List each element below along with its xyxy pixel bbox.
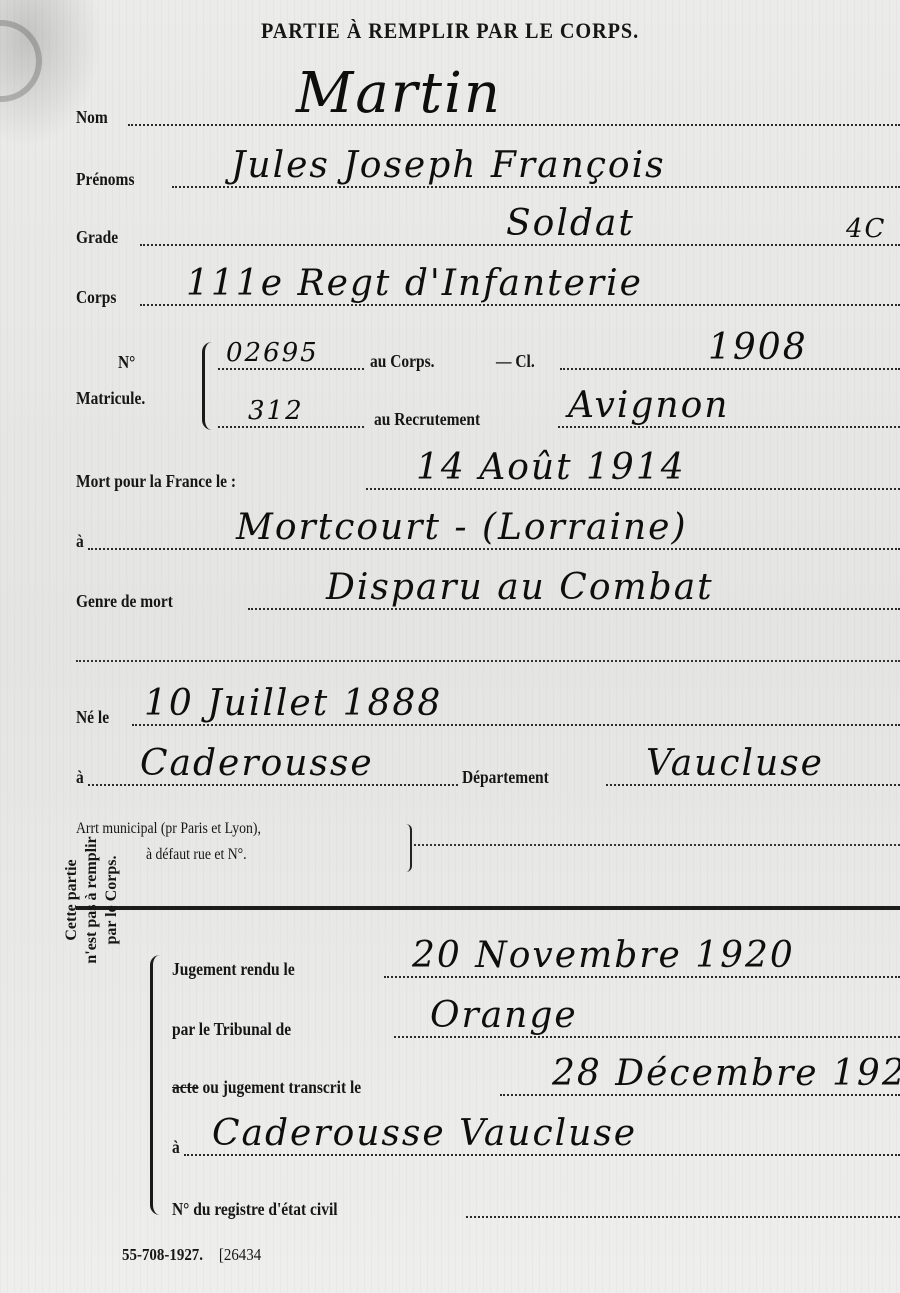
genre-mort-label: Genre de mort bbox=[76, 591, 173, 612]
mort-a-value: Mortcourt - (Lorraine) bbox=[236, 507, 688, 548]
transcrit-a-line bbox=[184, 1154, 900, 1156]
jugement-rendu-line bbox=[384, 976, 900, 978]
field-matricule-corps: 02695 au Corps. — Cl. 1908 bbox=[218, 342, 900, 372]
matricule-label-no: N° bbox=[118, 352, 135, 373]
jugement-rendu-label: Jugement rendu le bbox=[172, 959, 295, 980]
transcrit-a-label: à bbox=[172, 1137, 180, 1158]
transcrit-a-value: Caderousse Vaucluse bbox=[212, 1113, 637, 1154]
tribunal-value: Orange bbox=[430, 995, 578, 1036]
field-matricule-recrutement: 312 au Recrutement Avignon bbox=[218, 400, 900, 430]
grade-label: Grade bbox=[76, 227, 118, 248]
corps-line bbox=[140, 304, 900, 306]
blank-line bbox=[76, 660, 900, 662]
tribunal-line bbox=[394, 1036, 900, 1038]
tribunal-label: par le Tribunal de bbox=[172, 1019, 291, 1040]
jugement-brace bbox=[150, 955, 163, 1215]
field-prenoms: Prénoms Jules Joseph François bbox=[76, 160, 900, 190]
ne-le-label: Né le bbox=[76, 707, 109, 728]
nom-line bbox=[128, 124, 900, 126]
ne-a-value: Caderousse bbox=[140, 743, 374, 784]
field-genre-mort: Genre de mort Disparu au Combat bbox=[76, 582, 900, 612]
classe-label: — Cl. bbox=[496, 351, 535, 372]
departement-value: Vaucluse bbox=[646, 743, 824, 784]
classe-value: 1908 bbox=[708, 327, 808, 368]
field-corps: Corps 111e Regt d'Infanterie bbox=[76, 278, 900, 308]
recrutement-place-line bbox=[558, 426, 900, 428]
arrondissement-brace bbox=[404, 824, 412, 872]
departement-label: Département bbox=[462, 767, 549, 788]
field-jugement-rendu: Jugement rendu le 20 Novembre 1920 bbox=[172, 950, 900, 980]
field-mort-le: Mort pour la France le : 14 Août 1914 bbox=[76, 462, 900, 492]
prenoms-line bbox=[172, 186, 900, 188]
acte-struck: acte bbox=[172, 1077, 199, 1097]
au-recrutement-label: au Recrutement bbox=[374, 409, 480, 430]
side-note-line-1: Cette partie bbox=[62, 800, 82, 1000]
matricule-corps-value: 02695 bbox=[226, 338, 319, 368]
mort-le-line bbox=[366, 488, 900, 490]
nom-value: Martin bbox=[296, 61, 502, 126]
field-registre: N° du registre d'état civil bbox=[172, 1190, 900, 1220]
matricule-corps-line bbox=[218, 368, 364, 370]
field-nom: Nom Martin bbox=[76, 98, 900, 128]
transcrit-value: 28 Décembre 1920 bbox=[552, 1053, 900, 1094]
matricule-label: Matricule. bbox=[76, 388, 145, 409]
print-reference: 55-708-1927.[26434 bbox=[122, 1245, 261, 1265]
jugement-rendu-value: 20 Novembre 1920 bbox=[412, 935, 795, 976]
print-number: [26434 bbox=[219, 1245, 261, 1264]
ne-le-line bbox=[132, 724, 900, 726]
mort-a-line bbox=[88, 548, 900, 550]
matricule-brace bbox=[202, 342, 213, 430]
side-note: Cette partie n'est pas à remplir par le … bbox=[62, 800, 122, 1000]
arrondissement-line bbox=[414, 844, 900, 846]
prenoms-value: Jules Joseph François bbox=[231, 145, 666, 186]
departement-line bbox=[606, 784, 900, 786]
mort-le-value: 14 Août 1914 bbox=[416, 447, 686, 488]
grade-line bbox=[140, 244, 900, 246]
ne-a-line bbox=[88, 784, 458, 786]
grade-extra: 4C bbox=[846, 214, 886, 244]
transcrit-line bbox=[500, 1094, 900, 1096]
ne-le-value: 10 Juillet 1888 bbox=[144, 683, 442, 724]
field-mort-a: à Mortcourt - (Lorraine) bbox=[76, 522, 900, 552]
matricule-recrutement-line bbox=[218, 426, 364, 428]
form-title: PARTIE À REMPLIR PAR LE CORPS. bbox=[36, 18, 864, 44]
side-note-line-2: n'est pas à remplir bbox=[82, 800, 102, 1000]
registre-label: N° du registre d'état civil bbox=[172, 1199, 338, 1220]
grade-value: Soldat bbox=[506, 203, 635, 244]
nom-label: Nom bbox=[76, 107, 108, 128]
classe-line bbox=[560, 368, 900, 370]
corps-value: 111e Regt d'Infanterie bbox=[186, 263, 643, 304]
section-divider bbox=[76, 906, 900, 910]
corps-label: Corps bbox=[76, 287, 116, 308]
transcrit-label-text: ou jugement transcrit le bbox=[203, 1077, 362, 1097]
ne-a-label: à bbox=[76, 767, 84, 788]
field-tribunal: par le Tribunal de Orange bbox=[172, 1010, 900, 1040]
death-record-card: PARTIE À REMPLIR PAR LE CORPS. Nom Marti… bbox=[0, 0, 900, 1293]
field-grade: Grade Soldat 4C bbox=[76, 218, 900, 248]
field-ne-a: à Caderousse Département Vaucluse bbox=[76, 758, 900, 788]
mort-a-label: à bbox=[76, 531, 84, 552]
field-transcrit-a: à Caderousse Vaucluse bbox=[172, 1128, 900, 1158]
au-corps-label: au Corps. bbox=[370, 351, 435, 372]
recrutement-place-value: Avignon bbox=[568, 385, 729, 426]
genre-mort-line bbox=[248, 608, 900, 610]
prenoms-label: Prénoms bbox=[76, 169, 134, 190]
field-transcrit: acte ou jugement transcrit le 28 Décembr… bbox=[172, 1068, 900, 1098]
field-ne-le: Né le 10 Juillet 1888 bbox=[76, 698, 900, 728]
registre-line bbox=[466, 1216, 900, 1218]
transcrit-label: acte ou jugement transcrit le bbox=[172, 1077, 361, 1098]
mort-le-label: Mort pour la France le : bbox=[76, 471, 236, 492]
matricule-recrutement-value: 312 bbox=[248, 396, 304, 426]
side-note-line-3: par le Corps. bbox=[102, 800, 122, 1000]
print-code: 55-708-1927. bbox=[122, 1245, 203, 1264]
arrondissement-label-2: à défaut rue et N°. bbox=[146, 846, 247, 864]
genre-mort-value: Disparu au Combat bbox=[326, 567, 714, 608]
